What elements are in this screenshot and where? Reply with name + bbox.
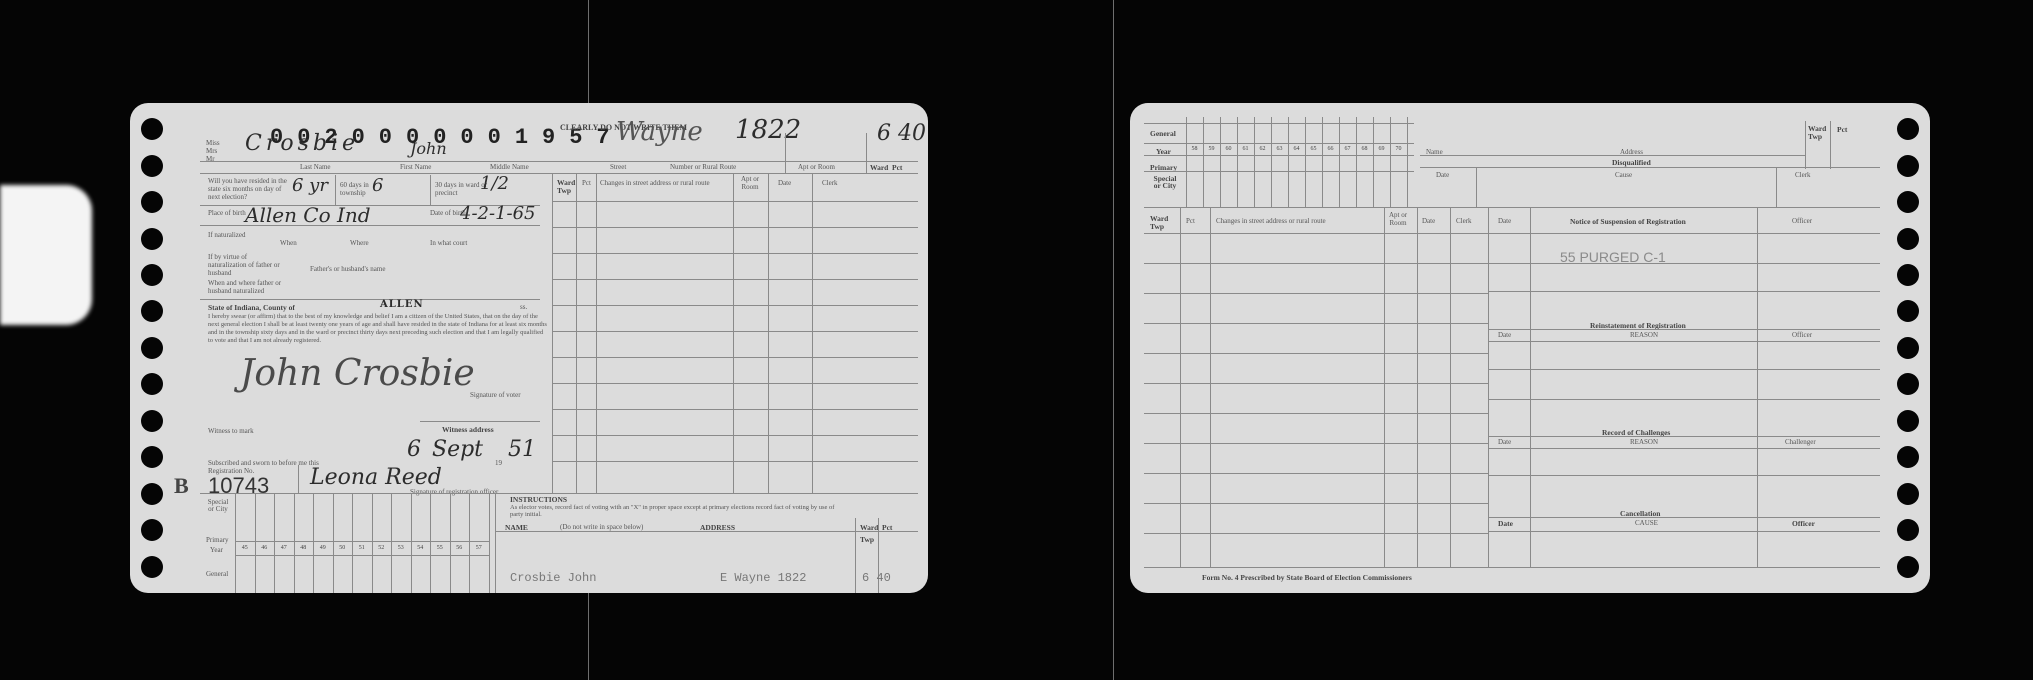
reinstatement-header-officer: Officer (1792, 331, 1812, 339)
year-column-line (430, 493, 431, 593)
year-cell: 59 (1203, 146, 1220, 152)
year-column-line (235, 493, 236, 593)
typed-address: E Wayne 1822 (720, 571, 806, 585)
vote-row-general: General (206, 570, 228, 578)
year-column-line (1322, 117, 1323, 207)
year-cell: 70 (1390, 146, 1407, 152)
year-cell: 62 (1254, 146, 1271, 152)
officer-signature: Leona Reed (310, 465, 442, 490)
year-cell: 51 (352, 545, 372, 551)
label-first-name: First Name (400, 163, 431, 171)
label-place-of-birth: Place of birth (208, 209, 248, 217)
vote-row-year: Year (210, 546, 223, 554)
back-changes-ward: Ward Twp (1150, 215, 1170, 231)
resided-state-value: 6 yr (292, 175, 328, 196)
back-label-clerk: Clerk (1795, 171, 1811, 179)
label-father-name: Father's or husband's name (310, 265, 385, 273)
label-footer-twp: Twp (860, 535, 874, 544)
label-where: Where (350, 239, 369, 247)
form-footer: Form No. 4 Prescribed by State Board of … (1202, 573, 1412, 582)
label-year-prefix: 19 (495, 459, 502, 467)
year-cell: 54 (411, 545, 431, 551)
back-changes-apt: Apt or Room (1386, 211, 1410, 227)
year-column-line (1237, 117, 1238, 207)
title-miss: Miss (206, 139, 220, 147)
street-value: Wayne (616, 117, 703, 147)
year-column-line (1220, 117, 1221, 207)
year-column-line (391, 493, 392, 593)
year-cell: 55 (430, 545, 450, 551)
label-street: Street (610, 163, 626, 171)
last-name-value: Crosbie (245, 131, 359, 156)
label-when-where: When and where father or husband natural… (208, 279, 303, 295)
suspension-header-date: Date (1498, 217, 1511, 225)
reinstatement-header-reason: REASON (1630, 331, 1658, 339)
year-cell: 63 (1271, 146, 1288, 152)
back-label-ward-twp: Ward Twp (1808, 125, 1828, 141)
year-column-line (469, 493, 470, 593)
year-cell: 47 (274, 545, 294, 551)
challenges-header-date: Date (1498, 438, 1511, 446)
cancellation-header-officer: Officer (1792, 519, 1815, 528)
voter-signature: John Crosbie (240, 353, 475, 394)
cancellation-header-date: Date (1498, 519, 1513, 528)
label-last-name: Last Name (300, 163, 331, 171)
oath-text: I hereby swear (or affirm) that to the b… (208, 313, 548, 345)
label-subscribed: Subscribed and sworn to before me this (208, 459, 319, 467)
year-cell: 61 (1237, 146, 1254, 152)
label-officer-signature: Signature of registration officer (410, 488, 498, 496)
changes-header-apt: Apt or Room (738, 175, 762, 191)
challenges-header-challenger: Challenger (1785, 438, 1816, 446)
year-cell: 49 (313, 545, 333, 551)
label-when: When (280, 239, 297, 247)
year-cell: 57 (469, 545, 489, 551)
back-label-cause: Cause (1615, 171, 1632, 179)
year-cell: 68 (1356, 146, 1373, 152)
year-column-line (450, 493, 451, 593)
film-glare-artifact (0, 185, 92, 325)
year-column-line (1339, 117, 1340, 207)
resided-precinct-value: 1/2 (480, 173, 509, 194)
label-by-father: If by virtue of naturalization of father… (208, 253, 283, 277)
challenges-header-reason: REASON (1630, 438, 1658, 446)
year-cell: 56 (450, 545, 470, 551)
cancellation-header-cause: CAUSE (1635, 519, 1658, 527)
year-column-line (1373, 117, 1374, 207)
date-of-birth-value: 4-2-1-65 (460, 203, 536, 224)
front-card: 0020000001957 CLEARLY DO NOT WRITE THEM … (130, 103, 928, 593)
title-mrs: Mrs (206, 147, 217, 155)
year-column-line (294, 493, 295, 593)
year-cell: 69 (1373, 146, 1390, 152)
year-column-line (1203, 117, 1204, 207)
label-resided-state: Will you have resided in the state six m… (208, 177, 288, 201)
year-column-line (1271, 117, 1272, 207)
label-court: In what court (430, 239, 467, 247)
back-label-date: Date (1436, 171, 1449, 179)
year-column-line (1390, 117, 1391, 207)
punch-holes (1894, 103, 1922, 593)
back-row-special: Special or City (1150, 175, 1180, 189)
back-label-disqualified: Disqualified (1612, 158, 1651, 167)
year-column-line (313, 493, 314, 593)
year-column-line (1254, 117, 1255, 207)
reinstatement-header-date: Date (1498, 331, 1511, 339)
back-changes-pct: Pct (1186, 217, 1195, 225)
back-row-general: General (1150, 129, 1176, 138)
subscribed-year: 51 (508, 437, 536, 462)
year-column-line (352, 493, 353, 593)
county-value: ALLEN (380, 299, 424, 310)
label-do-not-write: (Do not write in space below) (560, 523, 643, 531)
back-label-pct: Pct (1837, 125, 1847, 134)
year-column-line (372, 493, 373, 593)
label-if-naturalized: If naturalized (208, 231, 248, 239)
label-witness-mark: Witness to mark (208, 427, 254, 435)
year-cell: 45 (235, 545, 255, 551)
instructions-heading: INSTRUCTIONS (510, 495, 567, 504)
year-column-line (255, 493, 256, 593)
registration-letter: B (174, 473, 189, 499)
registration-number: 10743 (208, 473, 269, 499)
subscribed-day: 6 (407, 437, 421, 462)
suspension-header-officer: Officer (1792, 217, 1812, 225)
back-changes-address: Changes in street address or rural route (1216, 217, 1326, 225)
number-value: 1822 (735, 115, 801, 145)
year-column-line (1305, 117, 1306, 207)
year-cell: 53 (391, 545, 411, 551)
back-changes-clerk: Clerk (1456, 217, 1472, 225)
oath-heading: State of Indiana, County of (208, 303, 295, 312)
year-column-line (1288, 117, 1289, 207)
year-cell: 48 (294, 545, 314, 551)
changes-header-ward: Ward Twp (557, 179, 577, 195)
year-cell: 65 (1305, 146, 1322, 152)
year-cell: 52 (372, 545, 392, 551)
typed-name: Crosbie John (510, 571, 596, 585)
punch-holes (138, 103, 166, 593)
changes-header-date: Date (778, 179, 791, 187)
subscribed-month: Sept (432, 437, 483, 462)
place-of-birth-value: Allen Co Ind (245, 203, 371, 227)
year-column-line (1186, 117, 1187, 207)
typed-ward-pct: 6 40 (862, 571, 891, 585)
year-cell: 66 (1322, 146, 1339, 152)
year-column-line (333, 493, 334, 593)
label-apt: Apt or Room (798, 163, 835, 171)
year-cell: 60 (1220, 146, 1237, 152)
label-middle-name: Middle Name (490, 163, 529, 171)
changes-header-address: Changes in street address or rural route (600, 179, 710, 187)
resided-township-value: 6 (372, 175, 383, 196)
year-column-line (411, 493, 412, 593)
year-cell: 50 (333, 545, 353, 551)
label-signature-voter: Signature of voter (470, 391, 521, 399)
year-cell: 46 (255, 545, 275, 551)
vote-row-special: Special or City (206, 499, 230, 513)
instructions-text: As elector votes, record fact of voting … (510, 504, 840, 518)
label-witness-address: Witness address (442, 425, 494, 434)
changes-header-pct: Pct (582, 179, 591, 187)
suspension-header-notice: Notice of Suspension of Registration (1570, 217, 1686, 226)
year-column-line (1356, 117, 1357, 207)
vote-row-primary: Primary (206, 536, 229, 544)
first-name-value: John (410, 139, 447, 158)
frame-divider (1113, 0, 1114, 680)
year-cell: 67 (1339, 146, 1356, 152)
back-card: General Year Primary Special or City War… (1130, 103, 1930, 593)
label-pct: Pct (892, 163, 902, 172)
ward-pct-value: 6 40 (877, 121, 926, 146)
year-cell: 58 (1186, 146, 1203, 152)
back-changes-date: Date (1422, 217, 1435, 225)
label-ward: Ward (870, 163, 888, 172)
year-cell: 64 (1288, 146, 1305, 152)
label-number: Number or Rural Route (670, 163, 736, 171)
changes-header-clerk: Clerk (822, 179, 838, 187)
year-column-line (274, 493, 275, 593)
oath-ss: ss. (520, 303, 527, 311)
